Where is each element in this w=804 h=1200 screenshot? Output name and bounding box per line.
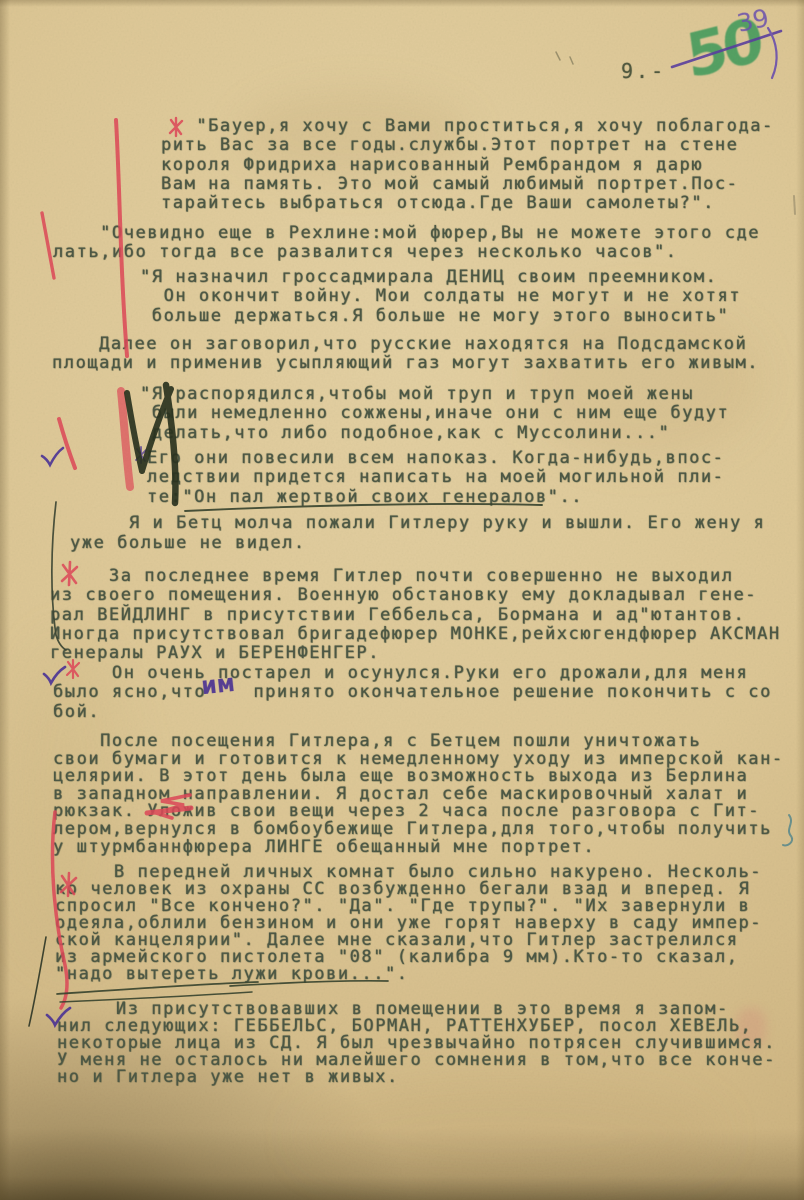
scanned-document-page: 9.- 50 39 "Бауер,я хочу с Вами проститьс… bbox=[0, 0, 804, 1200]
paper-grain-texture bbox=[0, 0, 804, 1200]
